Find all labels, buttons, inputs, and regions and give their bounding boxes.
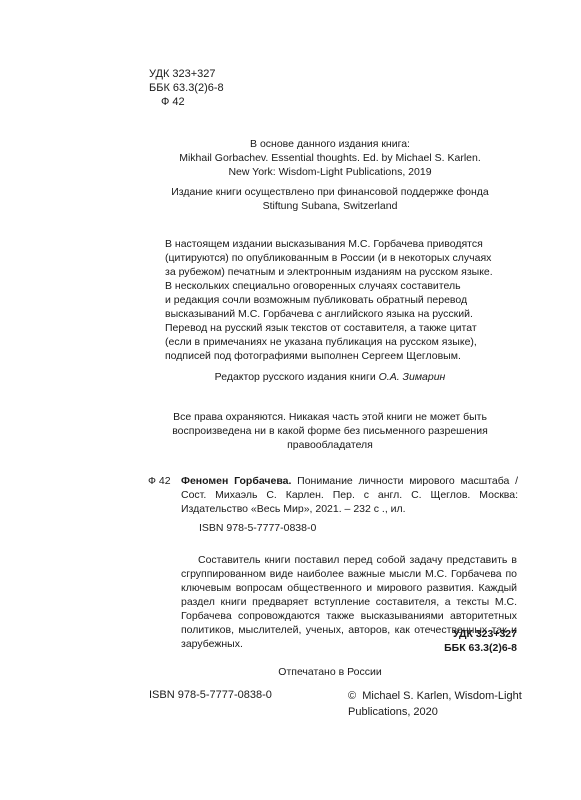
sources-note: В настоящем издании высказывания М.С. Го… [165, 237, 515, 321]
sources-line: и редакция сочли возможным публиковать о… [165, 293, 515, 307]
copyright-icon: © [348, 690, 356, 702]
catalog-code: Ф 42 [148, 474, 171, 488]
footer-classification-codes: УДК 323+327 ББК 63.3(2)6-8 [380, 627, 517, 655]
editor-name: О.А. Зимарин [379, 371, 446, 383]
sources-line: В настоящем издании высказывания М.С. Го… [165, 237, 515, 251]
editor-label: Редактор русского издания книги [215, 371, 379, 383]
sources-line: высказываний М.С. Горбачева с английског… [165, 307, 515, 321]
funding-note: Издание книги осуществлено при финансово… [140, 185, 520, 213]
original-edition-line: В основе данного издания книга: [140, 137, 520, 151]
translation-line: (если в примечаниях не указана публикаци… [165, 335, 515, 349]
sources-line: за рубежом) печатным и электронным издан… [165, 265, 515, 279]
isbn: ISBN 978-5-7777-0838-0 [149, 688, 272, 702]
editor-credit: Редактор русского издания книги О.А. Зим… [140, 370, 520, 384]
footer-bbk-code: ББК 63.3(2)6-8 [380, 641, 517, 655]
classification-codes: УДК 323+327 ББК 63.3(2)6-8 Ф 42 [149, 67, 224, 109]
udk-code: УДК 323+327 [149, 67, 224, 81]
printed-in: Отпечатано в России [140, 665, 520, 679]
translation-line: Перевод на русский язык текстов от соста… [165, 321, 515, 335]
rights-line: правообладателя [140, 438, 520, 452]
original-edition-line: New York: Wisdom-Light Publications, 201… [140, 165, 520, 179]
original-edition-note: В основе данного издания книга: Mikhail … [140, 137, 520, 179]
copyright-page: УДК 323+327 ББК 63.3(2)6-8 Ф 42 В основе… [0, 0, 581, 800]
bbk-code: ББК 63.3(2)6-8 [149, 81, 224, 95]
translation-note: Перевод на русский язык текстов от соста… [165, 321, 515, 363]
rights-line: Все права охраняются. Никакая часть этой… [140, 410, 520, 424]
catalog-description: Феномен Горбачева. Понимание личности ми… [181, 474, 518, 516]
catalog-isbn: ISBN 978-5-7777-0838-0 [199, 521, 316, 535]
footer-udk-code: УДК 323+327 [380, 627, 517, 641]
original-edition-line: Mikhail Gorbachev. Essential thoughts. E… [140, 151, 520, 165]
book-title: Феномен Горбачева. [181, 475, 291, 487]
translation-line: подписей под фотографиями выполнен Серге… [165, 349, 515, 363]
sources-line: В нескольких специально оговоренных случ… [165, 279, 515, 293]
author-mark: Ф 42 [149, 95, 224, 109]
rights-line: воспроизведена ни в какой форме без пись… [140, 424, 520, 438]
funding-line: Издание книги осуществлено при финансово… [140, 185, 520, 199]
rights-notice: Все права охраняются. Никакая часть этой… [140, 410, 520, 452]
copyright-notice: © Michael S. Karlen, Wisdom-Light Public… [348, 688, 528, 720]
copyright-text: Michael S. Karlen, Wisdom-Light Publicat… [348, 690, 525, 718]
funding-line: Stiftung Subana, Switzerland [140, 199, 520, 213]
sources-line: (цитируются) по опубликованным в России … [165, 251, 515, 265]
